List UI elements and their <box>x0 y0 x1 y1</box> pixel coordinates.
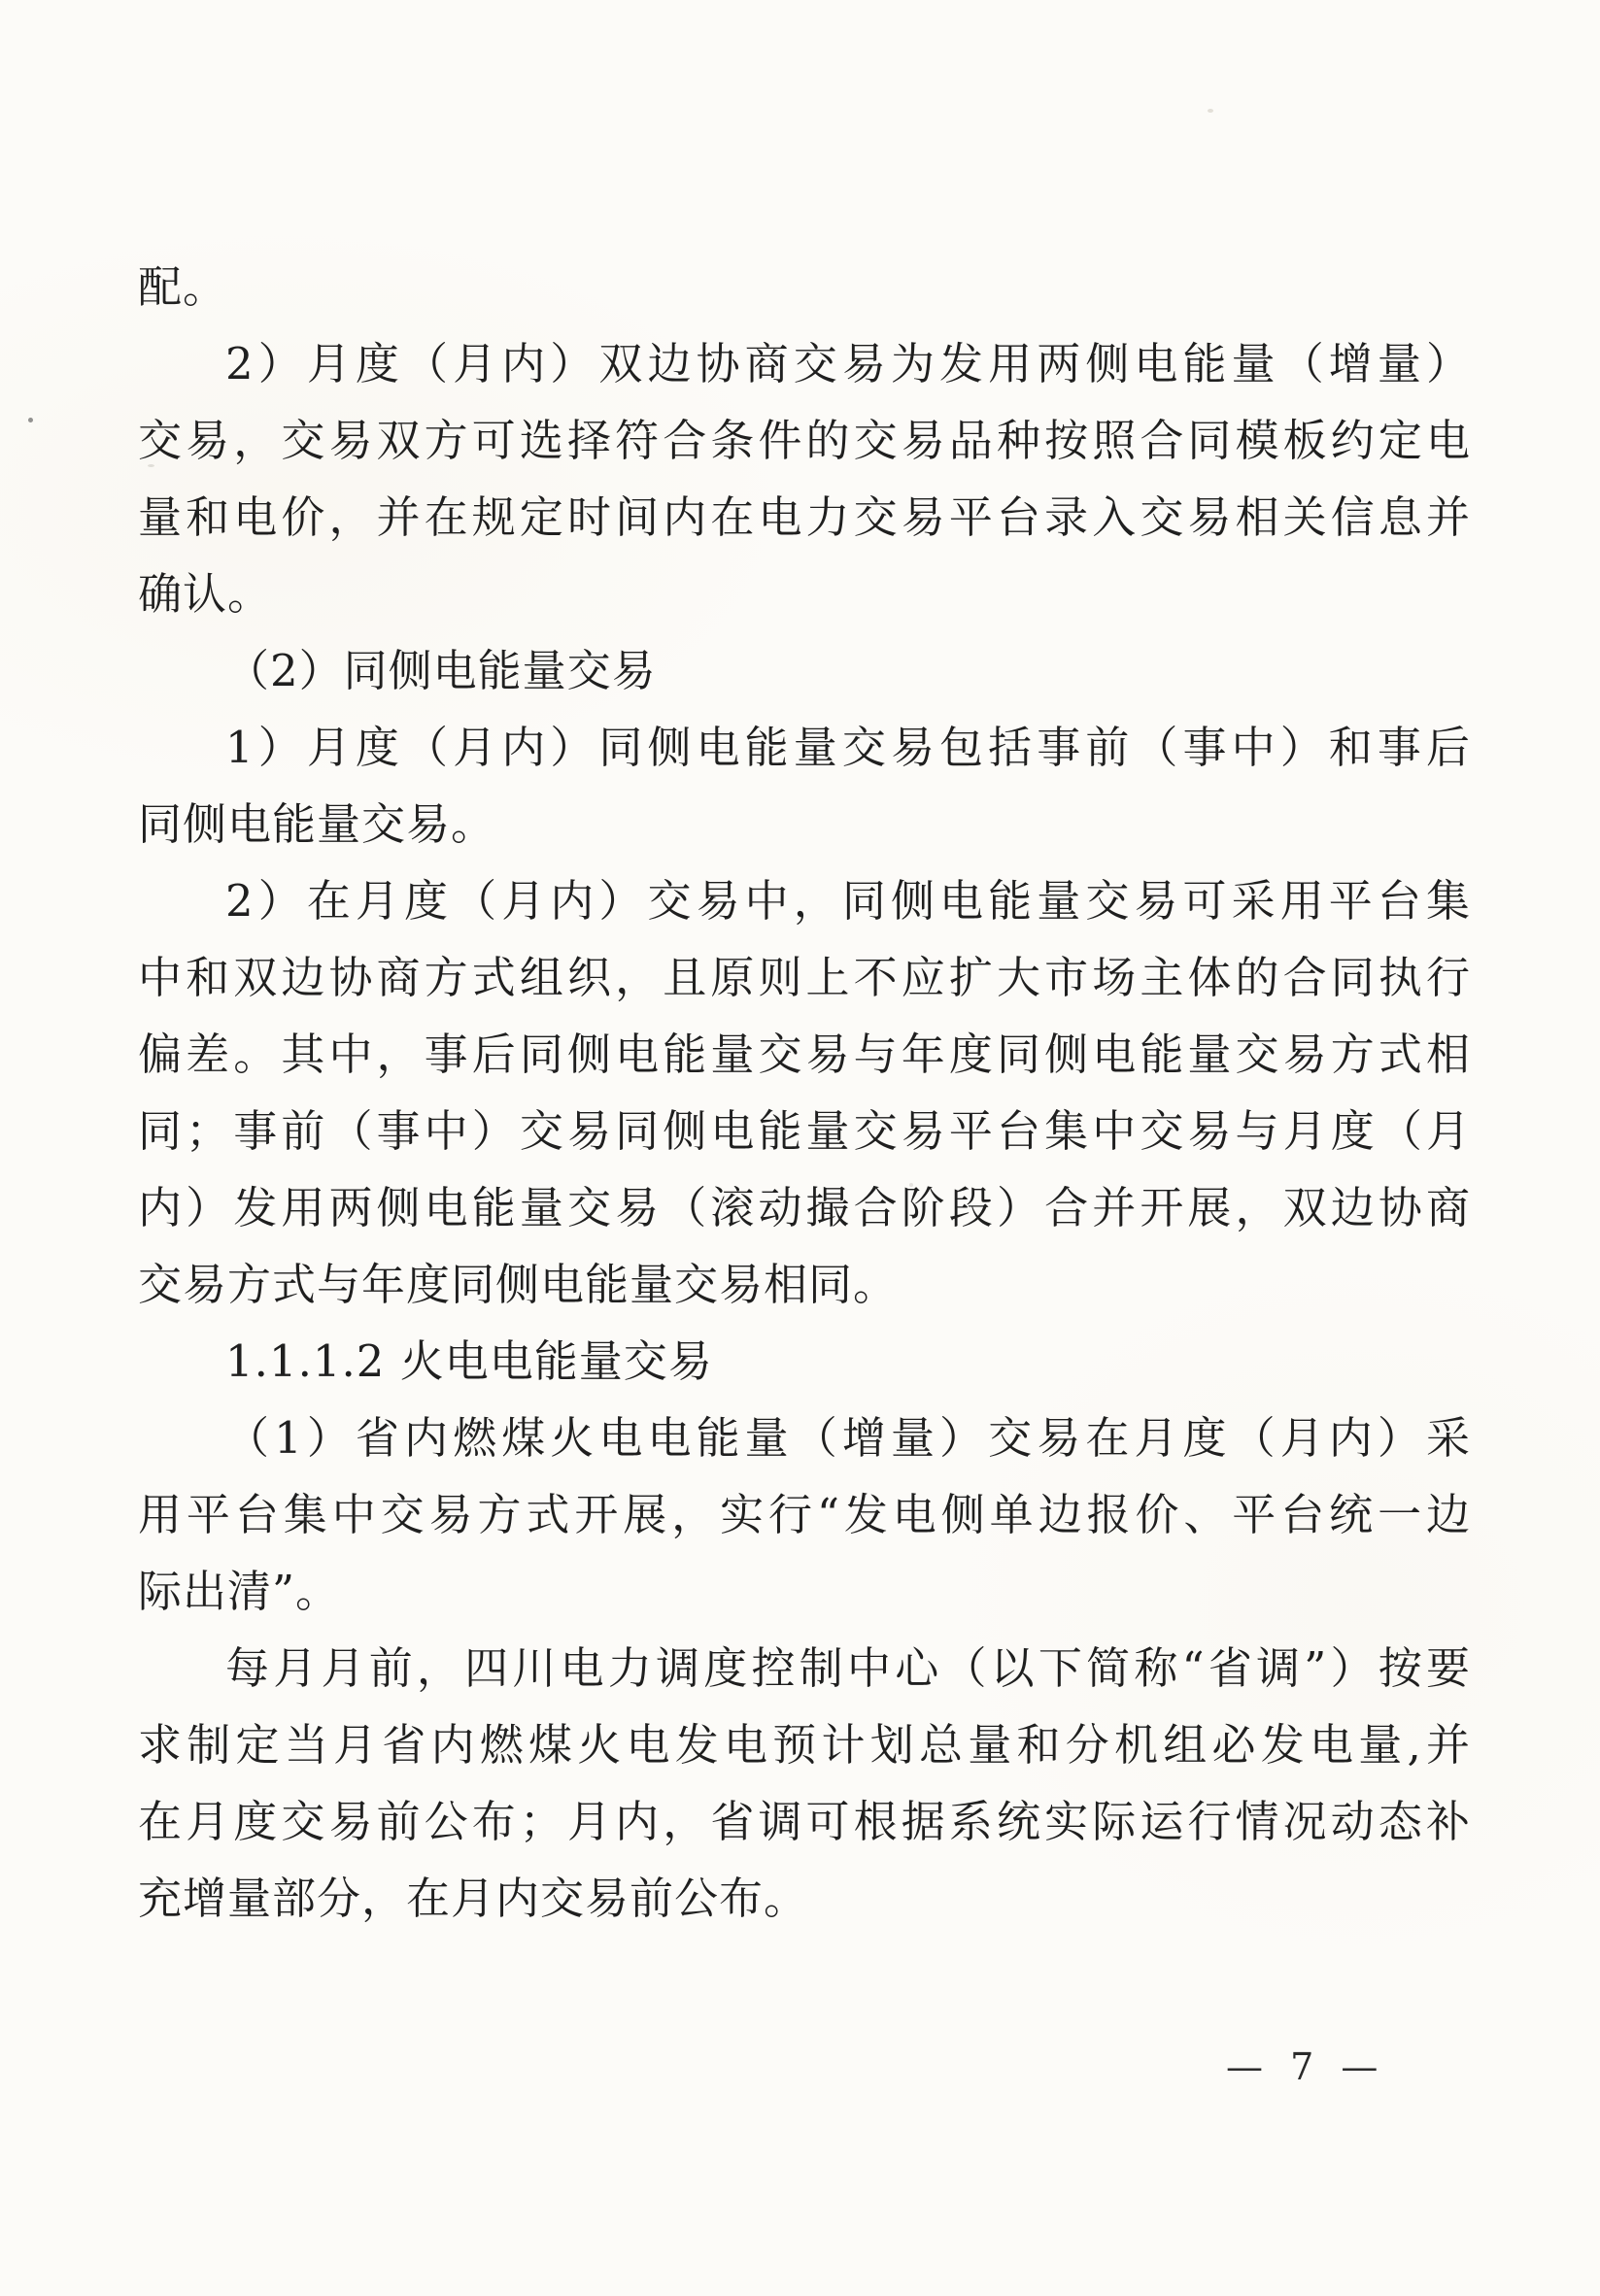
text-line: 1.1.1.2 火电电能量交易 <box>138 1323 1471 1400</box>
text-line: 配。 <box>138 249 1471 325</box>
text-line: 内）发用两侧电能量交易（滚动撮合阶段）合并开展，双边协商 <box>138 1169 1471 1246</box>
text-line: 量和电价，并在规定时间内在电力交易平台录入交易相关信息并 <box>138 479 1471 556</box>
text-line: 同侧电能量交易。 <box>138 786 1471 862</box>
text-line: 中和双边协商方式组织，且原则上不应扩大市场主体的合同执行 <box>138 939 1471 1016</box>
text-line: 2）在月度（月内）交易中，同侧电能量交易可采用平台集 <box>138 862 1471 939</box>
page-number: — 7 — <box>1226 2045 1385 2088</box>
text-line: （2）同侧电能量交易 <box>138 632 1471 709</box>
text-line: 2）月度（月内）双边协商交易为发用两侧电能量（增量） <box>138 325 1471 402</box>
text-line: （1）省内燃煤火电电能量（增量）交易在月度（月内）采 <box>138 1400 1471 1476</box>
text-line: 际出清”。 <box>138 1553 1471 1630</box>
text-line: 求制定当月省内燃煤火电发电预计划总量和分机组必发电量,并 <box>138 1706 1471 1783</box>
document-page: 配。2）月度（月内）双边协商交易为发用两侧电能量（增量）交易，交易双方可选择符合… <box>0 0 1600 2296</box>
text-line: 在月度交易前公布；月内，省调可根据系统实际运行情况动态补 <box>138 1783 1471 1860</box>
text-line: 用平台集中交易方式开展，实行“发电侧单边报价、平台统一边 <box>138 1476 1471 1553</box>
text-line: 充增量部分，在月内交易前公布。 <box>138 1860 1471 1937</box>
text-line: 确认。 <box>138 556 1471 632</box>
text-line: 每月月前，四川电力调度控制中心（以下简称“省调”）按要 <box>138 1630 1471 1706</box>
scan-speck <box>28 418 33 422</box>
document-body: 配。2）月度（月内）双边协商交易为发用两侧电能量（增量）交易，交易双方可选择符合… <box>138 249 1471 1937</box>
text-line: 1）月度（月内）同侧电能量交易包括事前（事中）和事后 <box>138 709 1471 786</box>
text-line: 同；事前（事中）交易同侧电能量交易平台集中交易与月度（月 <box>138 1093 1471 1169</box>
scan-speck <box>1208 109 1213 113</box>
text-line: 交易，交易双方可选择符合条件的交易品种按照合同模板约定电 <box>138 402 1471 479</box>
text-line: 偏差。其中，事后同侧电能量交易与年度同侧电能量交易方式相 <box>138 1016 1471 1093</box>
text-line: 交易方式与年度同侧电能量交易相同。 <box>138 1246 1471 1323</box>
